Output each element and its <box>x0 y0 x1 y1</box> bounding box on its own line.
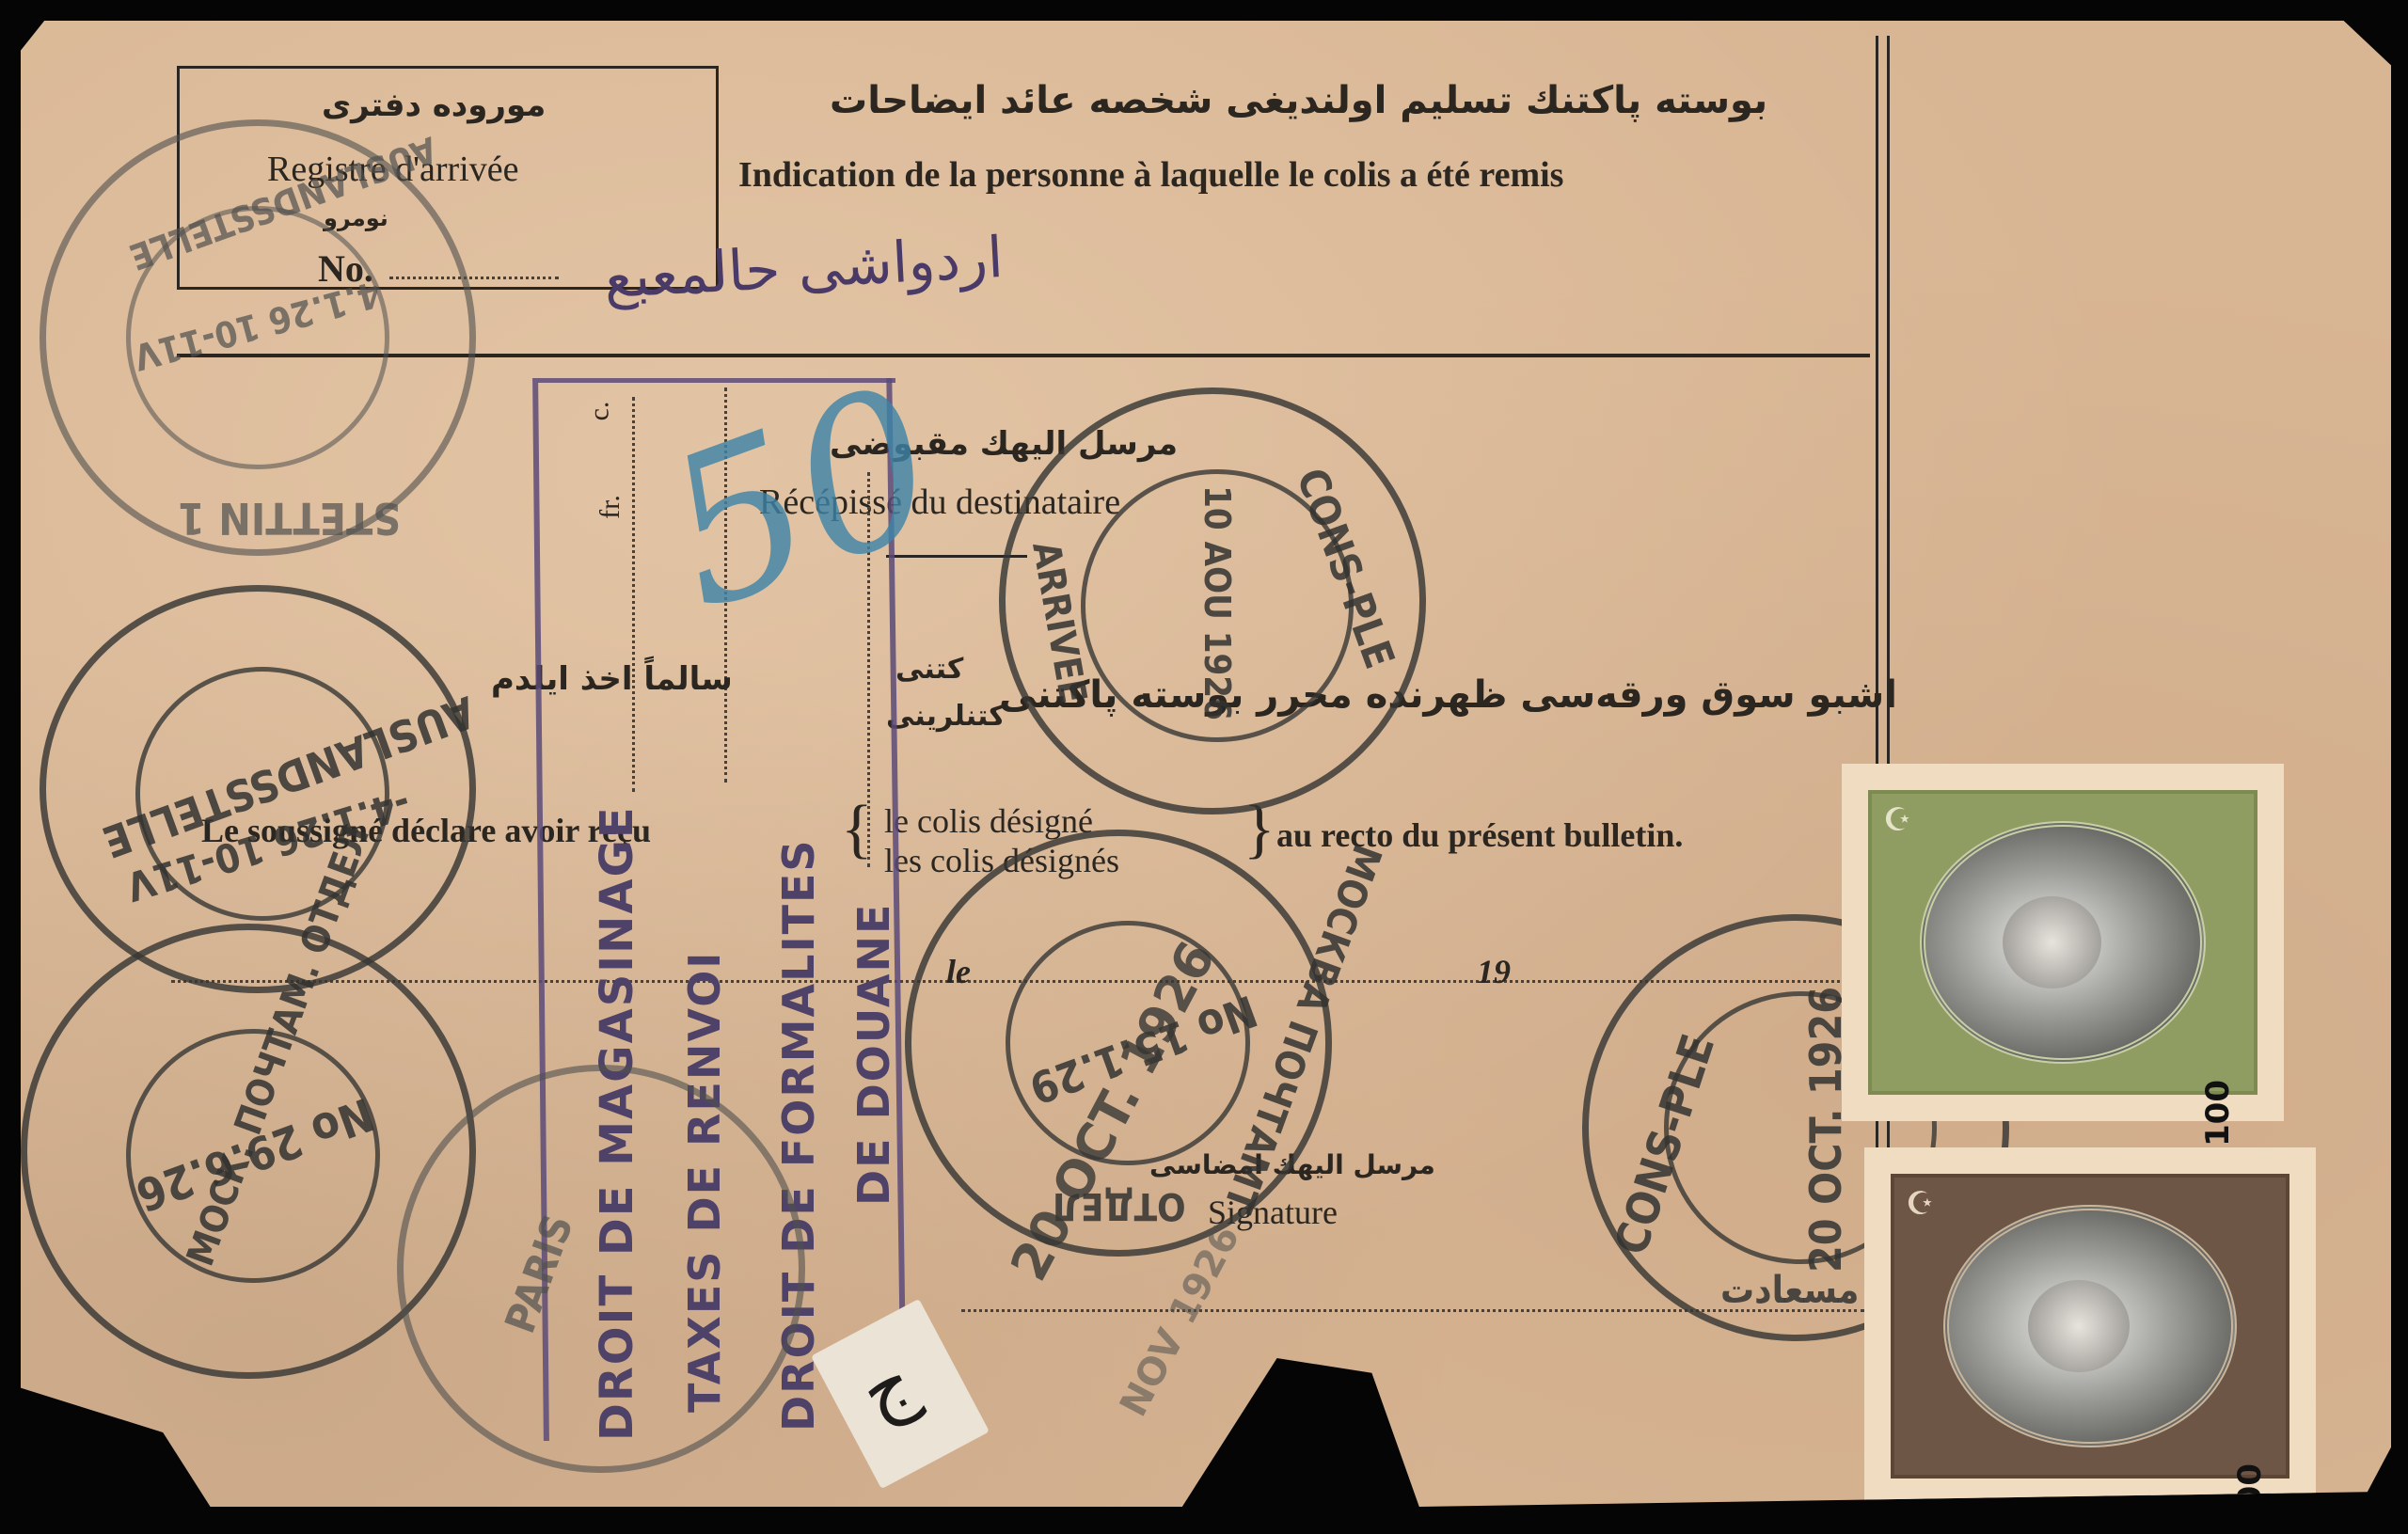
postage-stamp-200: ☪ 200 <box>1864 1147 2316 1505</box>
postage-stamp-100: ☪ 100 <box>1842 764 2284 1121</box>
declaration-ottoman-option-2: كتنلرينى <box>886 700 1006 733</box>
fr-column-dots <box>632 397 635 792</box>
declaration-french-tail: au recto du présent bulletin. <box>1276 815 1683 855</box>
blue-crayon-mark: 50 <box>637 340 967 656</box>
crescent-star-icon: ☪ <box>1906 1185 1934 1223</box>
postmark-paris-partial: PARIS <box>397 1065 805 1473</box>
c-label: c. <box>583 402 615 421</box>
declaration-french-option-1: le colis désigné <box>884 801 1093 841</box>
postmark-constantinople-center: CONS-PLE 10 AOU 1926 ARRIVEE <box>999 387 1426 814</box>
amount-ottoman-received: سالماً اخذ ايلدم <box>491 660 733 698</box>
handstamp-line-4: DE DOUANE <box>848 903 899 1206</box>
label-fragment: ج <box>811 1299 990 1489</box>
crescent-star-icon: ☪ <box>1883 801 1911 839</box>
brace-left: { <box>841 792 873 867</box>
date-year-prefix: 19 <box>1477 952 1511 991</box>
parcel-receipt-card: موروده دفتری Registre d'arrivée نومرو No… <box>21 21 2391 1507</box>
header-ottoman: بوسته پاکتنك تسليم اولنديغى شخصه عائد اي… <box>830 79 1767 122</box>
postmark-stettin-top: AUSLANDSSTELLE 4.1.26 10-11V STETTIN 1 <box>40 119 476 556</box>
header-french: Indication de la personne à laquelle le … <box>738 154 1563 196</box>
fr-label: fr. <box>594 495 626 519</box>
declaration-ottoman-option-1: كتنى <box>895 653 963 686</box>
register-ottoman-title: موروده دفتری <box>322 87 546 124</box>
